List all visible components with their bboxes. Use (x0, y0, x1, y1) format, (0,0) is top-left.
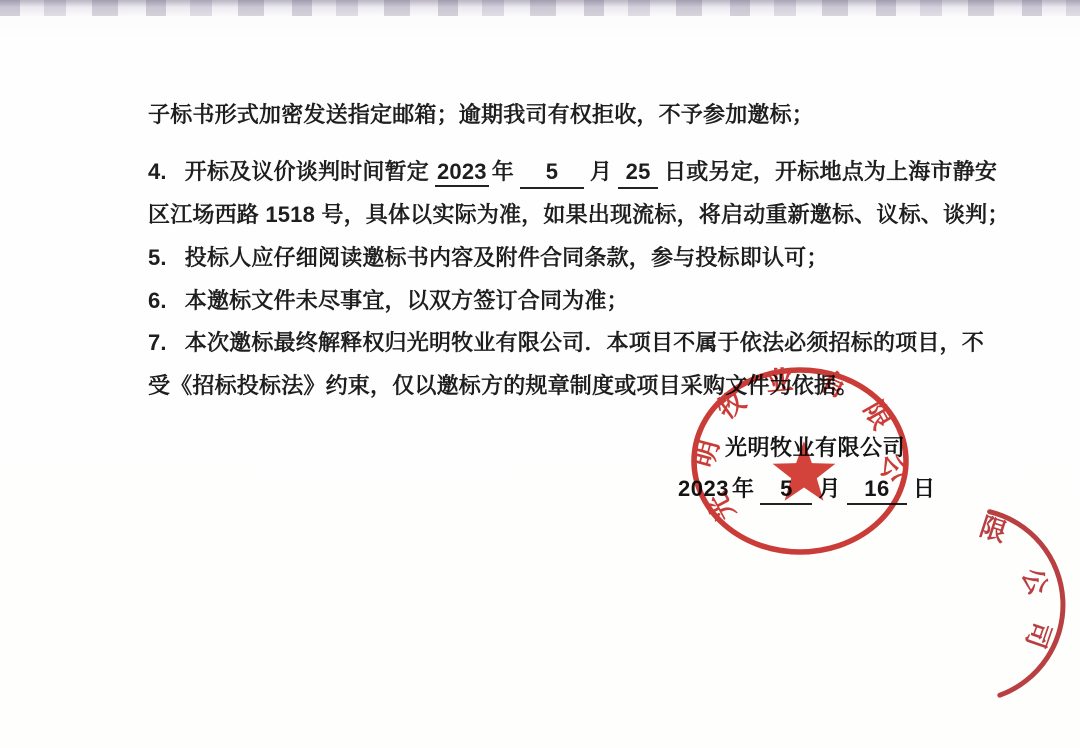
item-7-number: 7. (148, 329, 167, 357)
item-4-number: 4. (148, 158, 167, 186)
item-4-line-2-text: 区江场西路 1518 号，具体以实际为准，如果出现流标，将启动重新邀标、议标、谈… (148, 202, 1010, 227)
company-seal-stamp: 光明牧业有限公司 (0, 0, 911, 552)
item-4-lead: 开标及议价谈判时间暂定 (185, 159, 429, 184)
item-4-line-1: 4.开标及议价谈判时间暂定2023年5月25日或另定，开标地点为上海市静安 (148, 158, 1000, 189)
date-month-blank: 5 (760, 476, 812, 505)
item-4-year-value: 2023 (435, 159, 489, 187)
item-5-text: 投标人应仔细阅读邀标书内容及附件合同条款，参与投标即认可； (185, 245, 829, 270)
corner-seal-char-3: 司 (1020, 618, 1057, 652)
paragraph-continuation-line: 子标书形式加密发送指定邮箱；逾期我司有权拒收，不予参加邀标； (148, 101, 814, 129)
signature-company-name: 光明牧业有限公司 (725, 431, 905, 462)
company-name-text: 光明牧业有限公司 (725, 435, 905, 460)
item-7-line-1-text: 本次邀标最终解释权归光明牧业有限公司．本项目不属于依法必须招标的项目，不 (185, 330, 984, 355)
item-7-line-1: 7.本次邀标最终解释权归光明牧业有限公司．本项目不属于依法必须招标的项目，不 (148, 329, 984, 357)
corner-seal-stamp: 限 公 司 (976, 511, 1063, 695)
item-5-line: 5.投标人应仔细阅读邀标书内容及附件合同条款，参与投标即认可； (148, 244, 829, 272)
item-5-number: 5. (148, 244, 167, 272)
document-page: 子标书形式加密发送指定邮箱；逾期我司有权拒收，不予参加邀标； 4.开标及议价谈判… (0, 0, 1080, 748)
item-6-number: 6. (148, 287, 167, 315)
item-7-line-2: 受《招标投标法》约束，仅以邀标方的规章制度或项目采购文件为依据。 (148, 372, 858, 400)
signature-date-line: 2023年5月16日 (678, 472, 939, 505)
date-month-label: 月 (818, 472, 841, 503)
item-4-month-blank: 5 (520, 158, 584, 189)
date-year-label: 年 (732, 472, 755, 503)
item-4-year-label: 年 (492, 158, 514, 186)
corner-seal-char-2: 公 (1016, 564, 1054, 600)
item-6-text: 本邀标文件未尽事宜，以双方签订合同为准； (185, 288, 629, 313)
item-4-day-blank: 25 (618, 158, 658, 189)
item-7-line-2-text: 受《招标投标法》约束，仅以邀标方的规章制度或项目采购文件为依据。 (148, 373, 858, 398)
date-day-blank: 16 (847, 476, 907, 505)
date-year-value: 2023 (678, 476, 729, 501)
item-4-line-2: 区江场西路 1518 号，具体以实际为准，如果出现流标，将启动重新邀标、议标、谈… (148, 201, 1010, 229)
photo-top-edge-artifact (0, 0, 1080, 16)
corner-seal-arc (990, 512, 1063, 696)
corner-seal-char-1: 限 (976, 511, 1010, 548)
item-4-tail: 日或另定，开标地点为上海市静安 (664, 158, 997, 186)
item-4-month-label: 月 (590, 158, 612, 186)
item-6-line: 6.本邀标文件未尽事宜，以双方签订合同为准； (148, 287, 629, 315)
date-day-label: 日 (913, 472, 936, 503)
intro-text: 子标书形式加密发送指定邮箱；逾期我司有权拒收，不予参加邀标； (148, 102, 814, 127)
